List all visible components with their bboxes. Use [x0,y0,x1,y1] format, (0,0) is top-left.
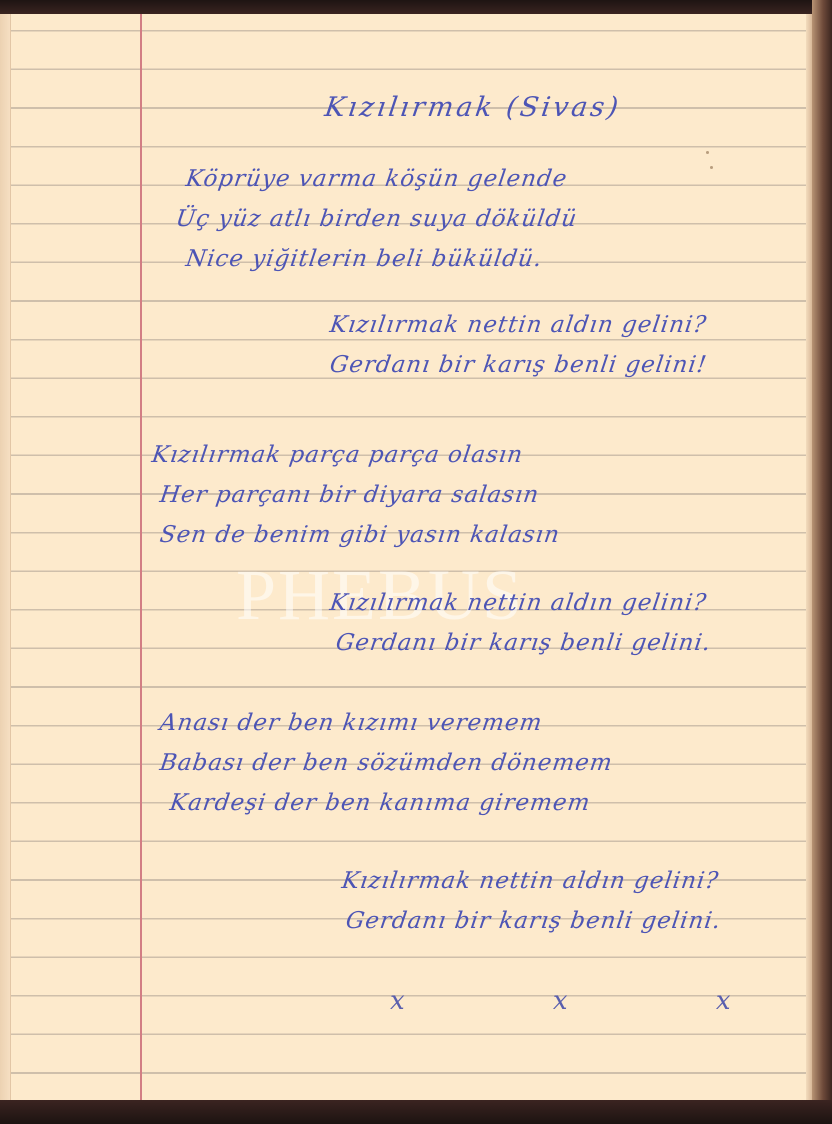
verse-line: Üç yüz atlı birden suya döküldü [174,206,579,232]
red-margin-line [140,14,142,1100]
refrain-line: Gerdanı bir karış benli gelini! [328,352,709,378]
book-frame-top [0,0,832,14]
verse-line: Nice yiğitlerin beli büküldü. [184,246,544,272]
book-spine-right [812,0,832,1124]
ink-speck [706,151,709,154]
verse-line: Kardeşi der ben kanıma giremem [168,790,592,816]
verse-line: Babası der ben sözümden dönemem [158,750,614,776]
verse-line: Anası der ben kızımı veremem [158,710,544,736]
refrain-line: Gerdanı bir karış benli gelini. [344,908,723,934]
refrain-line: Kızılırmak nettin aldın gelini? [328,312,708,338]
ink-speck [710,166,713,169]
notebook-page: PHEBUS Kızılırmak (Sivas) Köprüye varma … [0,14,812,1100]
page-edge-left [0,14,11,1100]
refrain-line: Kızılırmak nettin aldın gelini? [340,868,720,894]
book-frame-bottom [0,1100,832,1124]
refrain-line: Gerdanı bir karış benli gelini. [334,630,713,656]
refrain-line: Kızılırmak nettin aldın gelini? [328,590,708,616]
poem-title: Kızılırmak (Sivas) [323,92,623,123]
verse-line: Köprüye varma köşün gelende [184,166,569,192]
page-edge-right [806,14,812,1100]
end-marks: x x x [390,986,801,1016]
verse-line: Her parçanı bir diyara salasın [158,482,541,508]
verse-line: Sen de benim gibi yasın kalasın [158,522,562,548]
verse-line: Kızılırmak parça parça olasın [150,442,525,468]
